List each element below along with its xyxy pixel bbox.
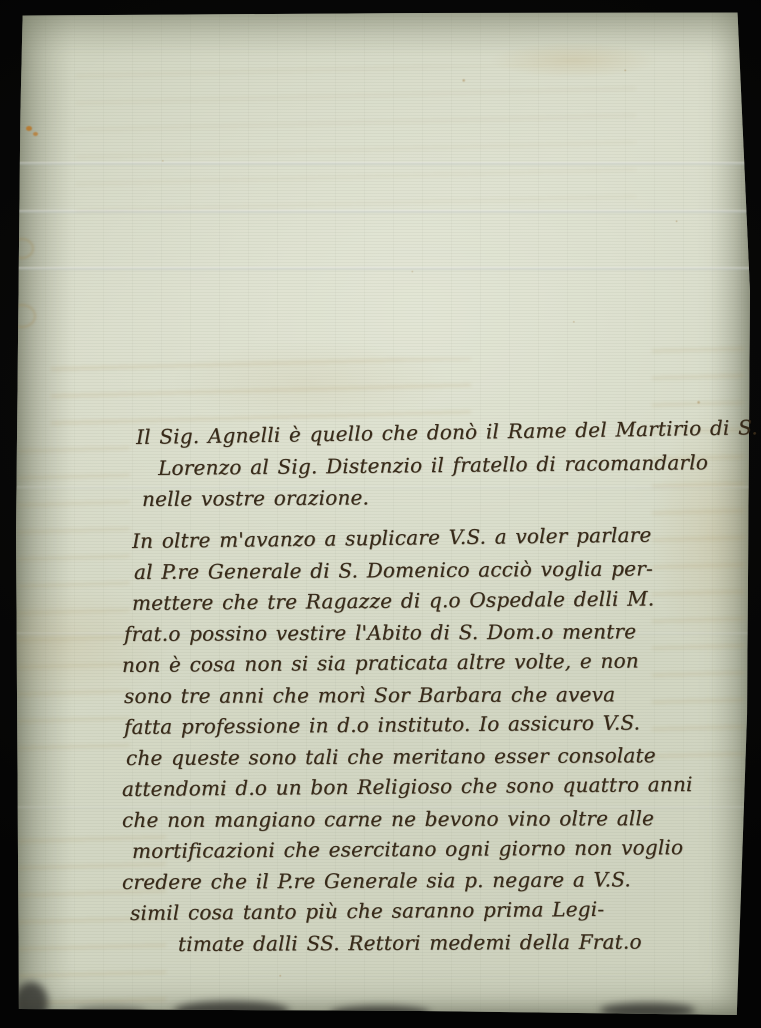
handwritten-line: mettere che tre Ragazze di q.o Ospedale …	[132, 583, 726, 619]
letter-text-block: Il Sig. Agnelli è quello che donò il Ram…	[120, 422, 726, 960]
edge-smudge	[14, 982, 48, 1024]
handwritten-line: nelle vostre orazione.	[142, 480, 726, 515]
edge-smudge	[76, 1006, 146, 1018]
ring-stain	[10, 238, 34, 259]
rust-stain	[26, 126, 32, 131]
handwritten-line: simil cosa tanto più che saranno prima L…	[130, 893, 726, 929]
ink-show-through	[76, 65, 636, 215]
handwritten-line: non è cosa non si sia praticata altre vo…	[122, 645, 726, 681]
photo-background: Il Sig. Agnelli è quello che donò il Ram…	[0, 0, 761, 1028]
ring-stain	[8, 304, 36, 328]
handwritten-line: fatta professione in d.o instituto. Io a…	[124, 707, 726, 743]
handwritten-line: In oltre m'avanzo a suplicare V.S. a vol…	[132, 519, 726, 557]
edge-smudge	[174, 1001, 289, 1021]
handwritten-line: timate dalli SS. Rettori medemi della Fr…	[178, 926, 726, 960]
edge-smudge	[330, 1006, 430, 1021]
handwritten-line: mortificazioni che esercitano ogni giorn…	[132, 832, 726, 867]
handwritten-line: attendomi d.o un bon Religioso che sono …	[122, 769, 726, 805]
rust-stain	[33, 132, 38, 136]
fold-crease	[16, 267, 750, 270]
handwritten-line: che non mangiano carne ne bevono vino ol…	[122, 803, 726, 836]
edge-smudge	[600, 1003, 695, 1018]
ink-show-through	[18, 440, 130, 760]
handwritten-line: Lorenzo al Sig. Distenzio il fratello di…	[158, 447, 726, 484]
